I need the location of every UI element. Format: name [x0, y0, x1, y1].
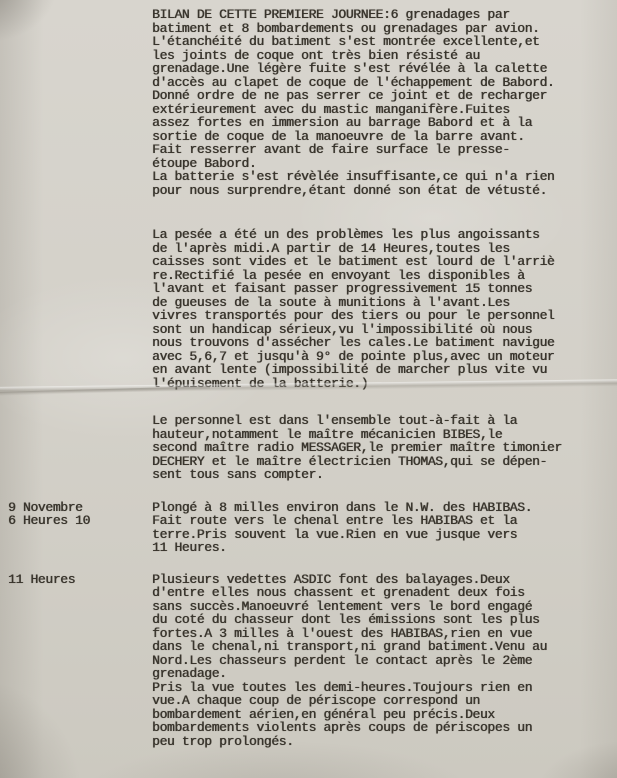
text-line: re.Rectifié la pesée en envoyant les dis…	[152, 269, 611, 283]
journal-blocks: BILAN DE CETTE PREMIERE JOURNEE:6 grenad…	[0, 8, 617, 748]
text-line: assez fortes en immersion au barrage Bab…	[152, 116, 611, 130]
text-line: sans succès.Manoeuvré lentement vers le …	[152, 600, 611, 614]
text-line: pour nous surprendre,étant donné son éta…	[152, 184, 611, 198]
margin-timestamp-line: 11 Heures	[8, 573, 152, 587]
text-line: DECHERY et le maître électricien THOMAS,…	[152, 455, 611, 469]
text-line: du coté du chasseur dont les émissions s…	[152, 613, 611, 627]
text-line: Plusieurs vedettes ASDIC font des balaya…	[152, 573, 611, 587]
text-line: d'accès au clapet de coque de l'échappem…	[152, 76, 611, 90]
entry-body: Le personnel est dans l'ensemble tout-à-…	[152, 414, 617, 482]
entry-body: BILAN DE CETTE PREMIERE JOURNEE:6 grenad…	[152, 8, 617, 197]
journal-block: BILAN DE CETTE PREMIERE JOURNEE:6 grenad…	[0, 8, 617, 197]
margin-timestamp-column	[0, 414, 152, 482]
text-line: vue.A chaque coup de périscope correspon…	[152, 694, 611, 708]
text-line: de l'après midi.A partir de 14 Heures,to…	[152, 242, 611, 256]
text-line: fortes.A 3 milles à l'ouest des HABIBAS,…	[152, 627, 611, 641]
margin-timestamp-column: 9 Novembre6 Heures 10	[0, 501, 152, 555]
margin-timestamp-line: 6 Heures 10	[8, 514, 152, 528]
text-line: vivres transportés pour des tiers ou pou…	[152, 309, 611, 323]
text-line: en avant lente (impossibilité de marcher…	[152, 363, 611, 377]
margin-timestamp-line: 9 Novembre	[8, 501, 152, 515]
margin-timestamp-column	[0, 228, 152, 390]
text-line: La batterie s'est révèlée insuffisante,c…	[152, 170, 611, 184]
text-line: dans le chenal,ni transport,ni grand bat…	[152, 640, 611, 654]
text-line: sont un handicap sérieux,vu l'impossibil…	[152, 323, 611, 337]
text-line: Le personnel est dans l'ensemble tout-à-…	[152, 414, 611, 428]
text-line: sortie de coque de la manoeuvre de la ba…	[152, 130, 611, 144]
journal-block: Le personnel est dans l'ensemble tout-à-…	[0, 414, 617, 482]
text-line: batiment et 8 bombardements ou grenadage…	[152, 22, 611, 36]
text-line: sent tous sans compter.	[152, 468, 611, 482]
journal-block: 11 HeuresPlusieurs vedettes ASDIC font d…	[0, 573, 617, 749]
text-line: avec 5,6,7 et jusqu'à 9° de pointe plus,…	[152, 350, 611, 364]
text-line: grenadage.	[152, 667, 611, 681]
text-line: extérieurement avec du mastic manganifèr…	[152, 103, 611, 117]
text-line: terre.Pris souvent la vue.Rien en vue ju…	[152, 528, 611, 542]
typewritten-war-diary-page: BILAN DE CETTE PREMIERE JOURNEE:6 grenad…	[0, 0, 617, 778]
journal-block: La pesée a été un des problèmes les plus…	[0, 228, 617, 390]
text-line: les joints de coque ont très bien résist…	[152, 49, 611, 63]
text-line: étoupe Babord.	[152, 157, 611, 171]
margin-timestamp-column	[0, 8, 152, 197]
text-line: Fait route vers le chenal entre les HABI…	[152, 514, 611, 528]
entry-body: La pesée a été un des problèmes les plus…	[152, 228, 617, 390]
text-line: 11 Heures.	[152, 541, 611, 555]
text-line: Donné ordre de ne pas serrer ce joint et…	[152, 89, 611, 103]
text-line: grenadage.Une légère fuite s'est révélée…	[152, 62, 611, 76]
text-line: Pris la vue toutes les demi-heures.Toujo…	[152, 681, 611, 695]
text-line: Plongé à 8 milles environ dans le N.W. d…	[152, 501, 611, 515]
text-line: bombardement aérien,en général peu préci…	[152, 708, 611, 722]
text-line: bombardements violents après coups de pé…	[152, 721, 611, 735]
text-line: de gueuses de la soute à munitions à l'a…	[152, 296, 611, 310]
journal-block: 9 Novembre6 Heures 10Plongé à 8 milles e…	[0, 501, 617, 555]
text-line: d'entre elles nous chassent et grenadent…	[152, 586, 611, 600]
text-line: La pesée a été un des problèmes les plus…	[152, 228, 611, 242]
text-line: L'étanchéité du batiment s'est montrée e…	[152, 35, 611, 49]
text-line: Nord.Les chasseurs perdent le contact ap…	[152, 654, 611, 668]
entry-body: Plusieurs vedettes ASDIC font des balaya…	[152, 573, 617, 749]
entry-body: Plongé à 8 milles environ dans le N.W. d…	[152, 501, 617, 555]
text-line: BILAN DE CETTE PREMIERE JOURNEE:6 grenad…	[152, 8, 611, 22]
text-line: Fait resserrer avant de faire surface le…	[152, 143, 611, 157]
text-line: peu trop prolongés.	[152, 735, 611, 749]
text-line: hauteur,notamment le maître mécanicien B…	[152, 428, 611, 442]
text-line: nous trouvons d'assécher les cales.Le ba…	[152, 336, 611, 350]
text-line: l'avant et faisant passer progressivemen…	[152, 282, 611, 296]
text-line: l'épuisement de la batterie.)	[152, 377, 611, 391]
text-line: second maître radio MESSAGER,le premier …	[152, 441, 611, 455]
margin-timestamp-column: 11 Heures	[0, 573, 152, 749]
text-line: caisses sont vides et le batiment est lo…	[152, 255, 611, 269]
